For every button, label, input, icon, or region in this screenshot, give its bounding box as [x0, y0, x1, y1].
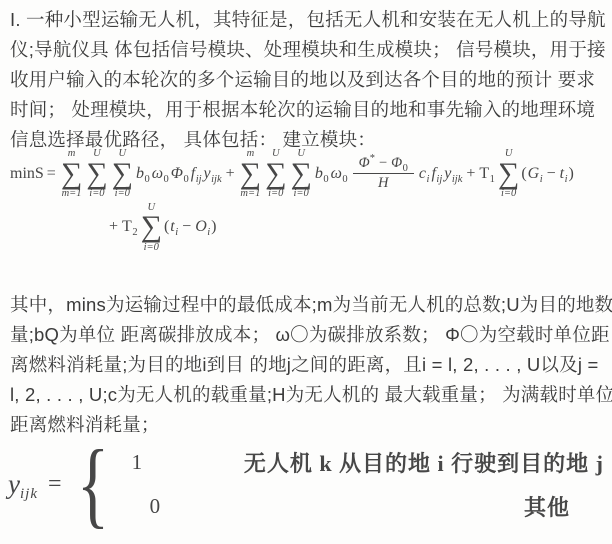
- var-phi-star: Φ*: [359, 155, 375, 172]
- sigma-symbol: ∑: [86, 160, 107, 189]
- sum-over-i: U ∑ i=0: [265, 148, 286, 200]
- var-ci: ci: [419, 165, 430, 183]
- var-subscript: 0: [145, 175, 150, 186]
- plus-sign: +: [106, 218, 121, 236]
- var-subscript: i: [207, 228, 210, 239]
- var-base: y: [204, 165, 211, 183]
- var-base: T: [122, 218, 132, 236]
- sigma-symbol: ∑: [265, 160, 286, 189]
- sum-lower-limit: i=0: [268, 188, 283, 200]
- var-phi0: Φ0: [391, 155, 408, 172]
- var-subscript: 0: [164, 175, 169, 186]
- var-subscript: i: [175, 228, 178, 239]
- var-subscript: 0: [323, 175, 328, 186]
- fraction-denominator: H: [378, 174, 388, 192]
- claim-paragraph: I. 一种小型运输无人机，其特征是，包括无人机和安装在无人机上的导航 仪;导航仪…: [10, 5, 606, 155]
- var-base: Φ: [391, 155, 402, 172]
- var-base: Φ: [171, 165, 183, 183]
- var-fij: fij: [431, 165, 442, 183]
- var-ti: ti: [560, 165, 568, 183]
- case-row-1: 1 无人机 k 从目的地 i 行驶到目的地 j: [118, 440, 604, 484]
- var-subscript: ijk: [452, 175, 463, 186]
- sum-over-j: U ∑ i=0: [112, 148, 133, 200]
- case-condition-other: 其他: [524, 491, 604, 522]
- definition-text-line-2: 量;bQ为单位 距离碳排放成本； ω〇为碳排放系数； Φ〇为空载时单位距: [10, 320, 612, 350]
- var-omega0: ω0: [152, 165, 169, 183]
- cases-column: 1 无人机 k 从目的地 i 行驶到目的地 j 0 其他: [118, 440, 604, 528]
- sigma-symbol: ∑: [240, 160, 261, 189]
- sum-over-j: U ∑ i=0: [290, 148, 311, 200]
- equals-sign: =: [48, 471, 62, 498]
- var-Gi: Gi: [528, 165, 543, 183]
- definition-text-line-1: 其中，mins为运输过程中的最低成本;m为当前无人机的总数;U为目的地数: [10, 290, 612, 320]
- var-base: ω: [331, 165, 342, 183]
- var-b0: b0: [315, 165, 329, 183]
- var-base: t: [560, 165, 564, 183]
- fuel-fraction: Φ* − Φ0 H: [353, 155, 414, 192]
- var-phi0: Φ0: [171, 165, 189, 183]
- sum-lower-limit: i=0: [89, 188, 104, 200]
- symbol-definitions-paragraph: 其中，mins为运输过程中的最低成本;m为当前无人机的总数;U为目的地数 量;b…: [10, 290, 612, 440]
- var-base: f: [191, 165, 195, 183]
- var-Oi: Oi: [195, 218, 210, 236]
- var-subscript: 2: [132, 228, 137, 239]
- var-omega0: ω0: [331, 165, 348, 183]
- minus-sign: −: [376, 155, 390, 172]
- claim-text-line-3: 收用户输入的本轮次的多个运输目的地以及到达各个目的地的预计 要求: [10, 65, 606, 95]
- var-b0: b0: [136, 165, 150, 183]
- case-condition-1: 无人机 k 从目的地 i 行驶到目的地 j: [244, 447, 604, 478]
- plus-sign: +: [463, 165, 478, 183]
- formula-lhs: minS: [10, 165, 44, 183]
- var-base: T: [479, 165, 489, 183]
- var-subscript: i: [565, 175, 568, 186]
- var-base: O: [195, 218, 207, 236]
- sigma-symbol: ∑: [141, 213, 162, 242]
- var-base: t: [170, 218, 174, 236]
- sum-over-m: m ∑ m=1: [61, 148, 82, 200]
- left-brace: {: [76, 440, 108, 528]
- var-subscript: i: [427, 175, 430, 186]
- sigma-symbol: ∑: [112, 160, 133, 189]
- formula-line-2: + T2 U ∑ i=0 ( ti − Oi ): [106, 202, 606, 254]
- var-T1: T1: [479, 165, 495, 183]
- var-base: f: [431, 165, 435, 183]
- case-value-0: 0: [150, 494, 161, 519]
- formula-line-1: minS = m ∑ m=1 U ∑ i=0 U ∑ i=0 b0 ω0 Φ0 …: [10, 148, 606, 200]
- sum-over-i: U ∑ i=0: [141, 202, 162, 254]
- var-subscript: 0: [183, 175, 188, 186]
- var-base: b: [315, 165, 323, 183]
- claim-text-line-4: 时间； 处理模块，用于根据本轮次的运输目的地和事先输入的地理环境: [10, 95, 606, 125]
- open-paren: (: [164, 218, 169, 236]
- definition-text-line-4: l, 2, . . . , U;c为无人机的载重量;H为无人机的 最大载重量； …: [10, 380, 612, 410]
- var-base: y: [444, 165, 451, 183]
- var-base: c: [419, 165, 426, 183]
- definition-text-line-3: 离燃料消耗量;为目的地i到目 的地j之间的距离，且i = l, 2, . . .…: [10, 350, 612, 380]
- case-row-2: 0 其他: [118, 484, 604, 528]
- sigma-symbol: ∑: [498, 160, 519, 189]
- var-T2: T2: [122, 218, 138, 236]
- minus-sign: −: [544, 165, 559, 183]
- var-ti: ti: [170, 218, 178, 236]
- var-subscript: 0: [403, 164, 408, 175]
- sigma-symbol: ∑: [61, 160, 82, 189]
- cost-objective-formula: minS = m ∑ m=1 U ∑ i=0 U ∑ i=0 b0 ω0 Φ0 …: [10, 148, 606, 253]
- var-subscript: 1: [490, 175, 495, 186]
- sum-lower-limit: i=0: [115, 188, 130, 200]
- var-base: ω: [152, 165, 163, 183]
- var-base: G: [528, 165, 540, 183]
- var-superscript: *: [370, 154, 375, 165]
- var-subscript: ijk: [20, 486, 38, 503]
- plus-sign: +: [223, 165, 238, 183]
- claim-text-line-2: 仪;导航仪具 体包括信号模块、处理模块和生成模块； 信号模块，用于接: [10, 35, 606, 65]
- sum-lower-limit: i=0: [501, 188, 516, 200]
- patent-claim-document: I. 一种小型运输无人机，其特征是，包括无人机和安装在无人机上的导航 仪;导航仪…: [0, 0, 612, 544]
- var-yijk: yijk: [8, 469, 38, 500]
- open-paren: (: [521, 165, 526, 183]
- sum-lower-limit: i=0: [294, 188, 309, 200]
- var-base: y: [8, 469, 20, 500]
- close-paren: ): [211, 218, 216, 236]
- var-yijk: yijk: [444, 165, 462, 183]
- case-value-1: 1: [132, 450, 143, 475]
- var-base: Φ: [359, 155, 370, 172]
- close-paren: ): [569, 165, 574, 183]
- sum-lower-limit: m=1: [240, 188, 260, 200]
- var-subscript: ijk: [211, 175, 222, 186]
- var-subscript: ij: [196, 175, 202, 186]
- minus-sign: −: [179, 218, 194, 236]
- var-yijk: yijk: [204, 165, 222, 183]
- var-subscript: 0: [342, 175, 347, 186]
- sum-lower-limit: i=0: [144, 242, 159, 254]
- sigma-symbol: ∑: [290, 160, 311, 189]
- equals-sign: =: [44, 165, 59, 183]
- var-fij: fij: [191, 165, 202, 183]
- claim-text-line-1: I. 一种小型运输无人机，其特征是，包括无人机和安装在无人机上的导航: [10, 5, 606, 35]
- sum-over-m: m ∑ m=1: [240, 148, 261, 200]
- yijk-definition-formula: yijk = { 1 无人机 k 从目的地 i 行驶到目的地 j 0 其他: [8, 440, 604, 528]
- sum-lower-limit: m=1: [62, 188, 82, 200]
- fraction-numerator: Φ* − Φ0: [353, 155, 414, 174]
- sum-over-i: U ∑ i=0: [498, 148, 519, 200]
- sum-over-i: U ∑ i=0: [86, 148, 107, 200]
- var-subscript: i: [540, 175, 543, 186]
- var-subscript: ij: [436, 175, 442, 186]
- var-base: b: [136, 165, 144, 183]
